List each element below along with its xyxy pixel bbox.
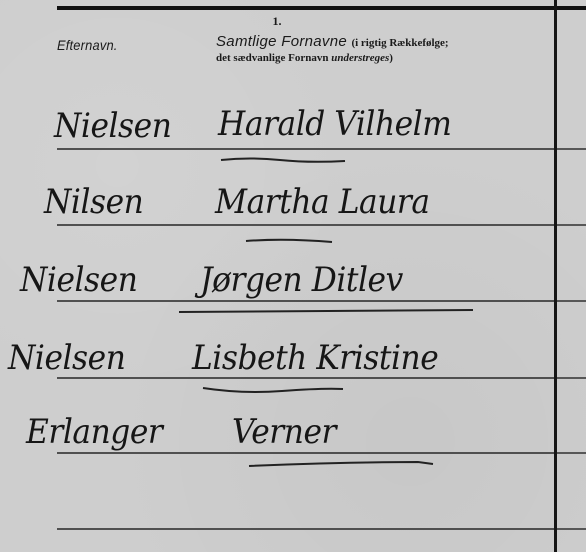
handwritten-surname: Nilsen xyxy=(44,182,143,222)
given-names-column-header: Samtlige Fornavne (i rigtig Rækkefølge; … xyxy=(216,35,546,65)
census-form-page: 1. Efternavn. Samtlige Fornavne (i rigti… xyxy=(0,0,586,552)
ruled-line-2-right xyxy=(557,224,586,226)
entry-row: Nielsen Lisbeth Kristine xyxy=(0,326,554,396)
given-names-note-1: (i rigtig Rækkefølge; xyxy=(351,37,448,49)
column-number: 1. xyxy=(262,14,292,29)
preferred-name-underline xyxy=(220,156,346,164)
given-names-label: Samtlige Fornavne xyxy=(216,33,347,50)
preferred-name-underline xyxy=(178,308,474,316)
preferred-name-underline xyxy=(202,386,344,394)
ruled-line-6-right xyxy=(557,528,586,530)
handwritten-given-names: Harald Vilhelm xyxy=(218,104,451,144)
handwritten-given-names: Jørgen Ditlev xyxy=(200,260,403,300)
given-names-note-2: det sædvanlige Fornavn understreges) xyxy=(216,52,393,64)
preferred-name-underline xyxy=(245,236,333,244)
entry-row: Erlanger Verner xyxy=(0,400,554,470)
entry-row: Nielsen Harald Vilhelm xyxy=(0,96,554,166)
handwritten-surname: Nielsen xyxy=(20,260,137,300)
handwritten-given-names: Verner xyxy=(232,412,336,452)
ruled-line-6 xyxy=(57,528,554,530)
surname-column-header: Efternavn. xyxy=(57,37,118,53)
entry-row: Nielsen Jørgen Ditlev xyxy=(0,248,554,318)
ruled-line-3-right xyxy=(557,300,586,302)
top-thick-rule xyxy=(57,6,586,10)
column-divider xyxy=(554,0,557,552)
ruled-line-4-right xyxy=(557,377,586,379)
entry-row: Nilsen Martha Laura xyxy=(0,172,554,242)
ruled-line-5-right xyxy=(557,452,586,454)
ruled-line-1-right xyxy=(557,148,586,150)
handwritten-surname: Nielsen xyxy=(54,106,171,146)
handwritten-given-names: Martha Laura xyxy=(215,182,430,222)
handwritten-surname: Erlanger xyxy=(26,412,162,452)
handwritten-given-names: Lisbeth Kristine xyxy=(192,338,438,378)
handwritten-surname: Nielsen xyxy=(8,338,125,378)
preferred-name-underline xyxy=(248,460,434,468)
